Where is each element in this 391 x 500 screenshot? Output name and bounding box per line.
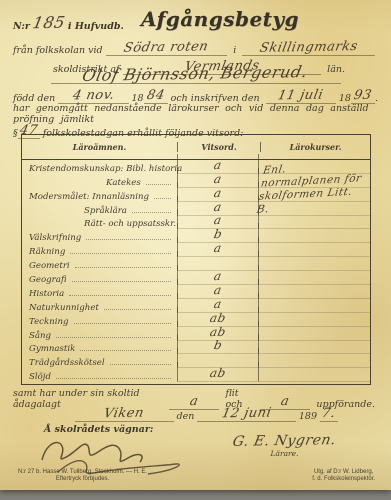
number-value: 185 bbox=[31, 13, 67, 33]
publisher-imprint-right: Utg. af D:r W. Lidberg, f. d. Folkskolei… bbox=[312, 469, 375, 483]
pupil-name: Olof Björnsson, Bergerud. bbox=[81, 62, 310, 85]
dotted-leader bbox=[132, 212, 171, 213]
dotted-leader bbox=[75, 267, 171, 268]
pupil-name-line: Olof Björnsson, Bergerud. bbox=[13, 64, 378, 84]
pupil-name-field: Olof Björnsson, Bergerud. bbox=[51, 64, 341, 84]
date-line-den: den bbox=[177, 411, 195, 422]
grade-value: ab bbox=[209, 324, 228, 338]
date-century: 189 bbox=[299, 411, 317, 422]
date-line: Viken den 12 juni 189 7. bbox=[13, 402, 378, 422]
teacher-title: Lärare. bbox=[212, 449, 357, 458]
school-name-field: Södra roten bbox=[106, 36, 228, 56]
col-header-grades: Vitsord. bbox=[177, 142, 261, 152]
course-note: Enl. normalplanen för skolformen Litt. B… bbox=[259, 160, 363, 216]
place-field: Viken bbox=[75, 402, 174, 422]
date-year-field: 7. bbox=[320, 402, 338, 422]
number-suffix: i Hufvudb. bbox=[68, 21, 124, 32]
dotted-leader bbox=[104, 309, 171, 310]
teacher-signature: G. E. Nygren. bbox=[231, 432, 337, 450]
col-header-courses: Lärokurser. bbox=[261, 142, 370, 152]
dotted-leader bbox=[74, 323, 172, 324]
page-title: Afgångsbetyg bbox=[140, 7, 300, 31]
table-row: Slöjdab bbox=[22, 368, 370, 382]
dotted-leader bbox=[69, 295, 171, 296]
birth-line: född den 4 nov. 18 84 och inskrifven den… bbox=[13, 84, 378, 104]
dotted-leader bbox=[72, 281, 171, 282]
grades-table: Läroämnen. Vitsord. Lärokurser. Kristend… bbox=[21, 134, 371, 385]
dotted-leader bbox=[146, 184, 171, 185]
dotted-leader bbox=[56, 378, 171, 379]
enroll-date-field: 11 juli bbox=[266, 84, 336, 104]
birth-year-field: 84 bbox=[144, 84, 168, 104]
dotted-leader bbox=[80, 350, 171, 351]
dotted-leader bbox=[154, 198, 171, 199]
school-line: från folkskolan vid Södra roten i Skilli… bbox=[13, 36, 378, 56]
number-label: N:r bbox=[13, 21, 30, 32]
printer-imprint-left: N:r 27 b. Hasse W. Tullberg, Stockholm. … bbox=[18, 469, 147, 483]
dotted-leader bbox=[70, 253, 171, 254]
parish-field: Skillingmarks bbox=[242, 36, 375, 56]
enroll-year-field: 93 bbox=[351, 84, 375, 104]
col-header-subjects: Läroämnen. bbox=[22, 142, 177, 152]
dotted-leader bbox=[86, 239, 171, 240]
dotted-leader bbox=[110, 364, 171, 365]
grade-value: ab bbox=[209, 311, 228, 325]
ledger-number: N:r 185 i Hufvudb. bbox=[13, 13, 124, 32]
birth-date-field: 4 nov. bbox=[58, 84, 128, 104]
grade-value: ab bbox=[209, 366, 228, 380]
date-field: 12 juni bbox=[197, 402, 296, 422]
dotted-leader bbox=[56, 337, 171, 338]
certificate-document: N:r 185 i Hufvudb. Afgångsbetyg från fol… bbox=[0, 0, 391, 490]
teacher-signature-block: G. E. Nygren. Lärare. bbox=[212, 430, 357, 458]
